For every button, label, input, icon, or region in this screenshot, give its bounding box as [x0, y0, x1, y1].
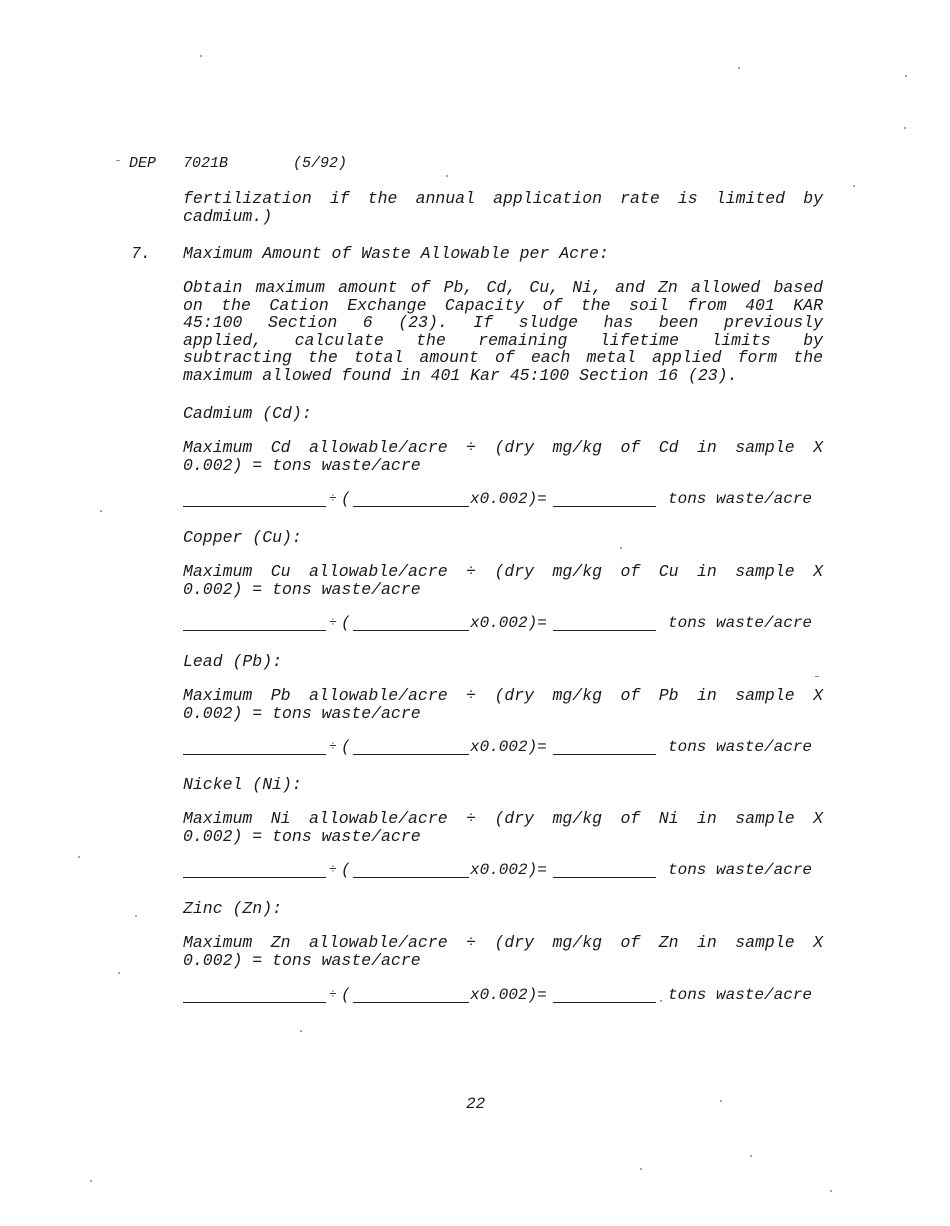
- open-paren: (: [341, 490, 351, 508]
- scan-speck: [300, 1030, 302, 1032]
- scan-speck: [830, 1190, 832, 1192]
- scan-speck: [118, 972, 120, 974]
- divide-symbol: ÷: [329, 862, 337, 877]
- metal-label-nickel: Nickel (Ni):: [183, 775, 302, 794]
- zn-sample-input[interactable]: [353, 984, 469, 1003]
- formula-copper: Maximum Cu allowable/acre ÷ (dry mg/kg o…: [183, 563, 823, 599]
- scan-speck: [815, 676, 819, 677]
- unit-label: tons waste/acre: [668, 614, 812, 632]
- metal-label-copper: Copper (Cu):: [183, 528, 302, 547]
- scan-speck: [720, 1100, 722, 1102]
- ni-result-input[interactable]: [553, 859, 656, 878]
- formula-cadmium: Maximum Cd allowable/acre ÷ (dry mg/kg o…: [183, 439, 823, 475]
- scan-speck: [750, 1155, 752, 1157]
- calc-row-cadmium: ÷ ( x0.002)= tons waste/acre: [183, 489, 828, 511]
- cd-allowable-input[interactable]: [183, 488, 326, 507]
- formula-line: Maximum Ni allowable/acre ÷ (dry mg/kg o…: [183, 810, 823, 828]
- calc-row-zinc: ÷ ( x0.002)= tons waste/acre: [183, 985, 828, 1007]
- formula-line: Maximum Pb allowable/acre ÷ (dry mg/kg o…: [183, 687, 823, 705]
- scan-speck: [100, 510, 102, 512]
- ni-sample-input[interactable]: [353, 859, 469, 878]
- section-intro-paragraph: Obtain maximum amount of Pb, Cd, Cu, Ni,…: [183, 279, 823, 385]
- zn-allowable-input[interactable]: [183, 984, 326, 1003]
- scan-speck: [738, 67, 740, 69]
- scan-speck: [904, 127, 906, 129]
- open-paren: (: [341, 614, 351, 632]
- section-title: Maximum Amount of Waste Allowable per Ac…: [183, 244, 609, 263]
- scan-speck: [135, 915, 137, 917]
- formula-line: 0.002) = tons waste/acre: [183, 952, 823, 970]
- cu-allowable-input[interactable]: [183, 612, 326, 631]
- multiplier-text: x0.002)=: [470, 986, 547, 1004]
- paragraph-line: maximum allowed found in 401 Kar 45:100 …: [183, 367, 823, 385]
- divide-symbol: ÷: [329, 739, 337, 754]
- calc-row-copper: ÷ ( x0.002)= tons waste/acre: [183, 613, 828, 635]
- zn-result-input[interactable]: [553, 984, 656, 1003]
- scan-speck: [116, 160, 120, 161]
- paragraph-line: Obtain maximum amount of Pb, Cd, Cu, Ni,…: [183, 279, 823, 297]
- scan-speck: [660, 1000, 662, 1002]
- open-paren: (: [341, 861, 351, 879]
- calc-row-nickel: ÷ ( x0.002)= tons waste/acre: [183, 860, 828, 882]
- scan-speck: [200, 55, 202, 57]
- scan-speck: [78, 856, 80, 858]
- cd-sample-input[interactable]: [353, 488, 469, 507]
- paragraph-line: cadmium.): [183, 208, 823, 226]
- department-code: DEP: [129, 155, 183, 172]
- unit-label: tons waste/acre: [668, 986, 812, 1004]
- formula-line: Maximum Cd allowable/acre ÷ (dry mg/kg o…: [183, 439, 823, 457]
- revision-date: (5/92): [293, 155, 347, 172]
- formula-line: 0.002) = tons waste/acre: [183, 828, 823, 846]
- paragraph-line: on the Cation Exchange Capacity of the s…: [183, 297, 823, 315]
- paragraph-line: fertilization if the annual application …: [183, 190, 823, 208]
- cd-result-input[interactable]: [553, 488, 656, 507]
- multiplier-text: x0.002)=: [470, 614, 547, 632]
- multiplier-text: x0.002)=: [470, 861, 547, 879]
- formula-zinc: Maximum Zn allowable/acre ÷ (dry mg/kg o…: [183, 934, 823, 970]
- paragraph-line: applied, calculate the remaining lifetim…: [183, 332, 823, 350]
- section-number: 7.: [131, 244, 151, 263]
- page-number: 22: [466, 1095, 485, 1113]
- scan-speck: [446, 175, 448, 177]
- formula-lead: Maximum Pb allowable/acre ÷ (dry mg/kg o…: [183, 687, 823, 723]
- multiplier-text: x0.002)=: [470, 738, 547, 756]
- metal-label-lead: Lead (Pb):: [183, 652, 282, 671]
- cu-sample-input[interactable]: [353, 612, 469, 631]
- divide-symbol: ÷: [329, 987, 337, 1002]
- pb-sample-input[interactable]: [353, 736, 469, 755]
- paragraph-line: 45:100 Section 6 (23). If sludge has bee…: [183, 314, 823, 332]
- formula-line: Maximum Cu allowable/acre ÷ (dry mg/kg o…: [183, 563, 823, 581]
- unit-label: tons waste/acre: [668, 490, 812, 508]
- scan-speck: [853, 185, 855, 187]
- unit-label: tons waste/acre: [668, 738, 812, 756]
- open-paren: (: [341, 986, 351, 1004]
- formula-line: 0.002) = tons waste/acre: [183, 457, 823, 475]
- continuation-paragraph: fertilization if the annual application …: [183, 190, 823, 225]
- paragraph-line: subtracting the total amount of each met…: [183, 349, 823, 367]
- ni-allowable-input[interactable]: [183, 859, 326, 878]
- divide-symbol: ÷: [329, 491, 337, 506]
- scan-speck: [90, 1180, 92, 1182]
- form-number: 7021B: [183, 155, 293, 172]
- formula-line: Maximum Zn allowable/acre ÷ (dry mg/kg o…: [183, 934, 823, 952]
- multiplier-text: x0.002)=: [470, 490, 547, 508]
- metal-label-zinc: Zinc (Zn):: [183, 899, 282, 918]
- document-header: DEP7021B(5/92): [129, 155, 347, 172]
- unit-label: tons waste/acre: [668, 861, 812, 879]
- formula-line: 0.002) = tons waste/acre: [183, 581, 823, 599]
- scan-speck: [620, 547, 622, 549]
- cu-result-input[interactable]: [553, 612, 656, 631]
- scan-speck: [640, 1168, 642, 1170]
- calc-row-lead: ÷ ( x0.002)= tons waste/acre: [183, 737, 828, 759]
- metal-label-cadmium: Cadmium (Cd):: [183, 404, 312, 423]
- divide-symbol: ÷: [329, 615, 337, 630]
- open-paren: (: [341, 738, 351, 756]
- pb-allowable-input[interactable]: [183, 736, 326, 755]
- formula-line: 0.002) = tons waste/acre: [183, 705, 823, 723]
- pb-result-input[interactable]: [553, 736, 656, 755]
- scan-speck: [905, 75, 907, 77]
- formula-nickel: Maximum Ni allowable/acre ÷ (dry mg/kg o…: [183, 810, 823, 846]
